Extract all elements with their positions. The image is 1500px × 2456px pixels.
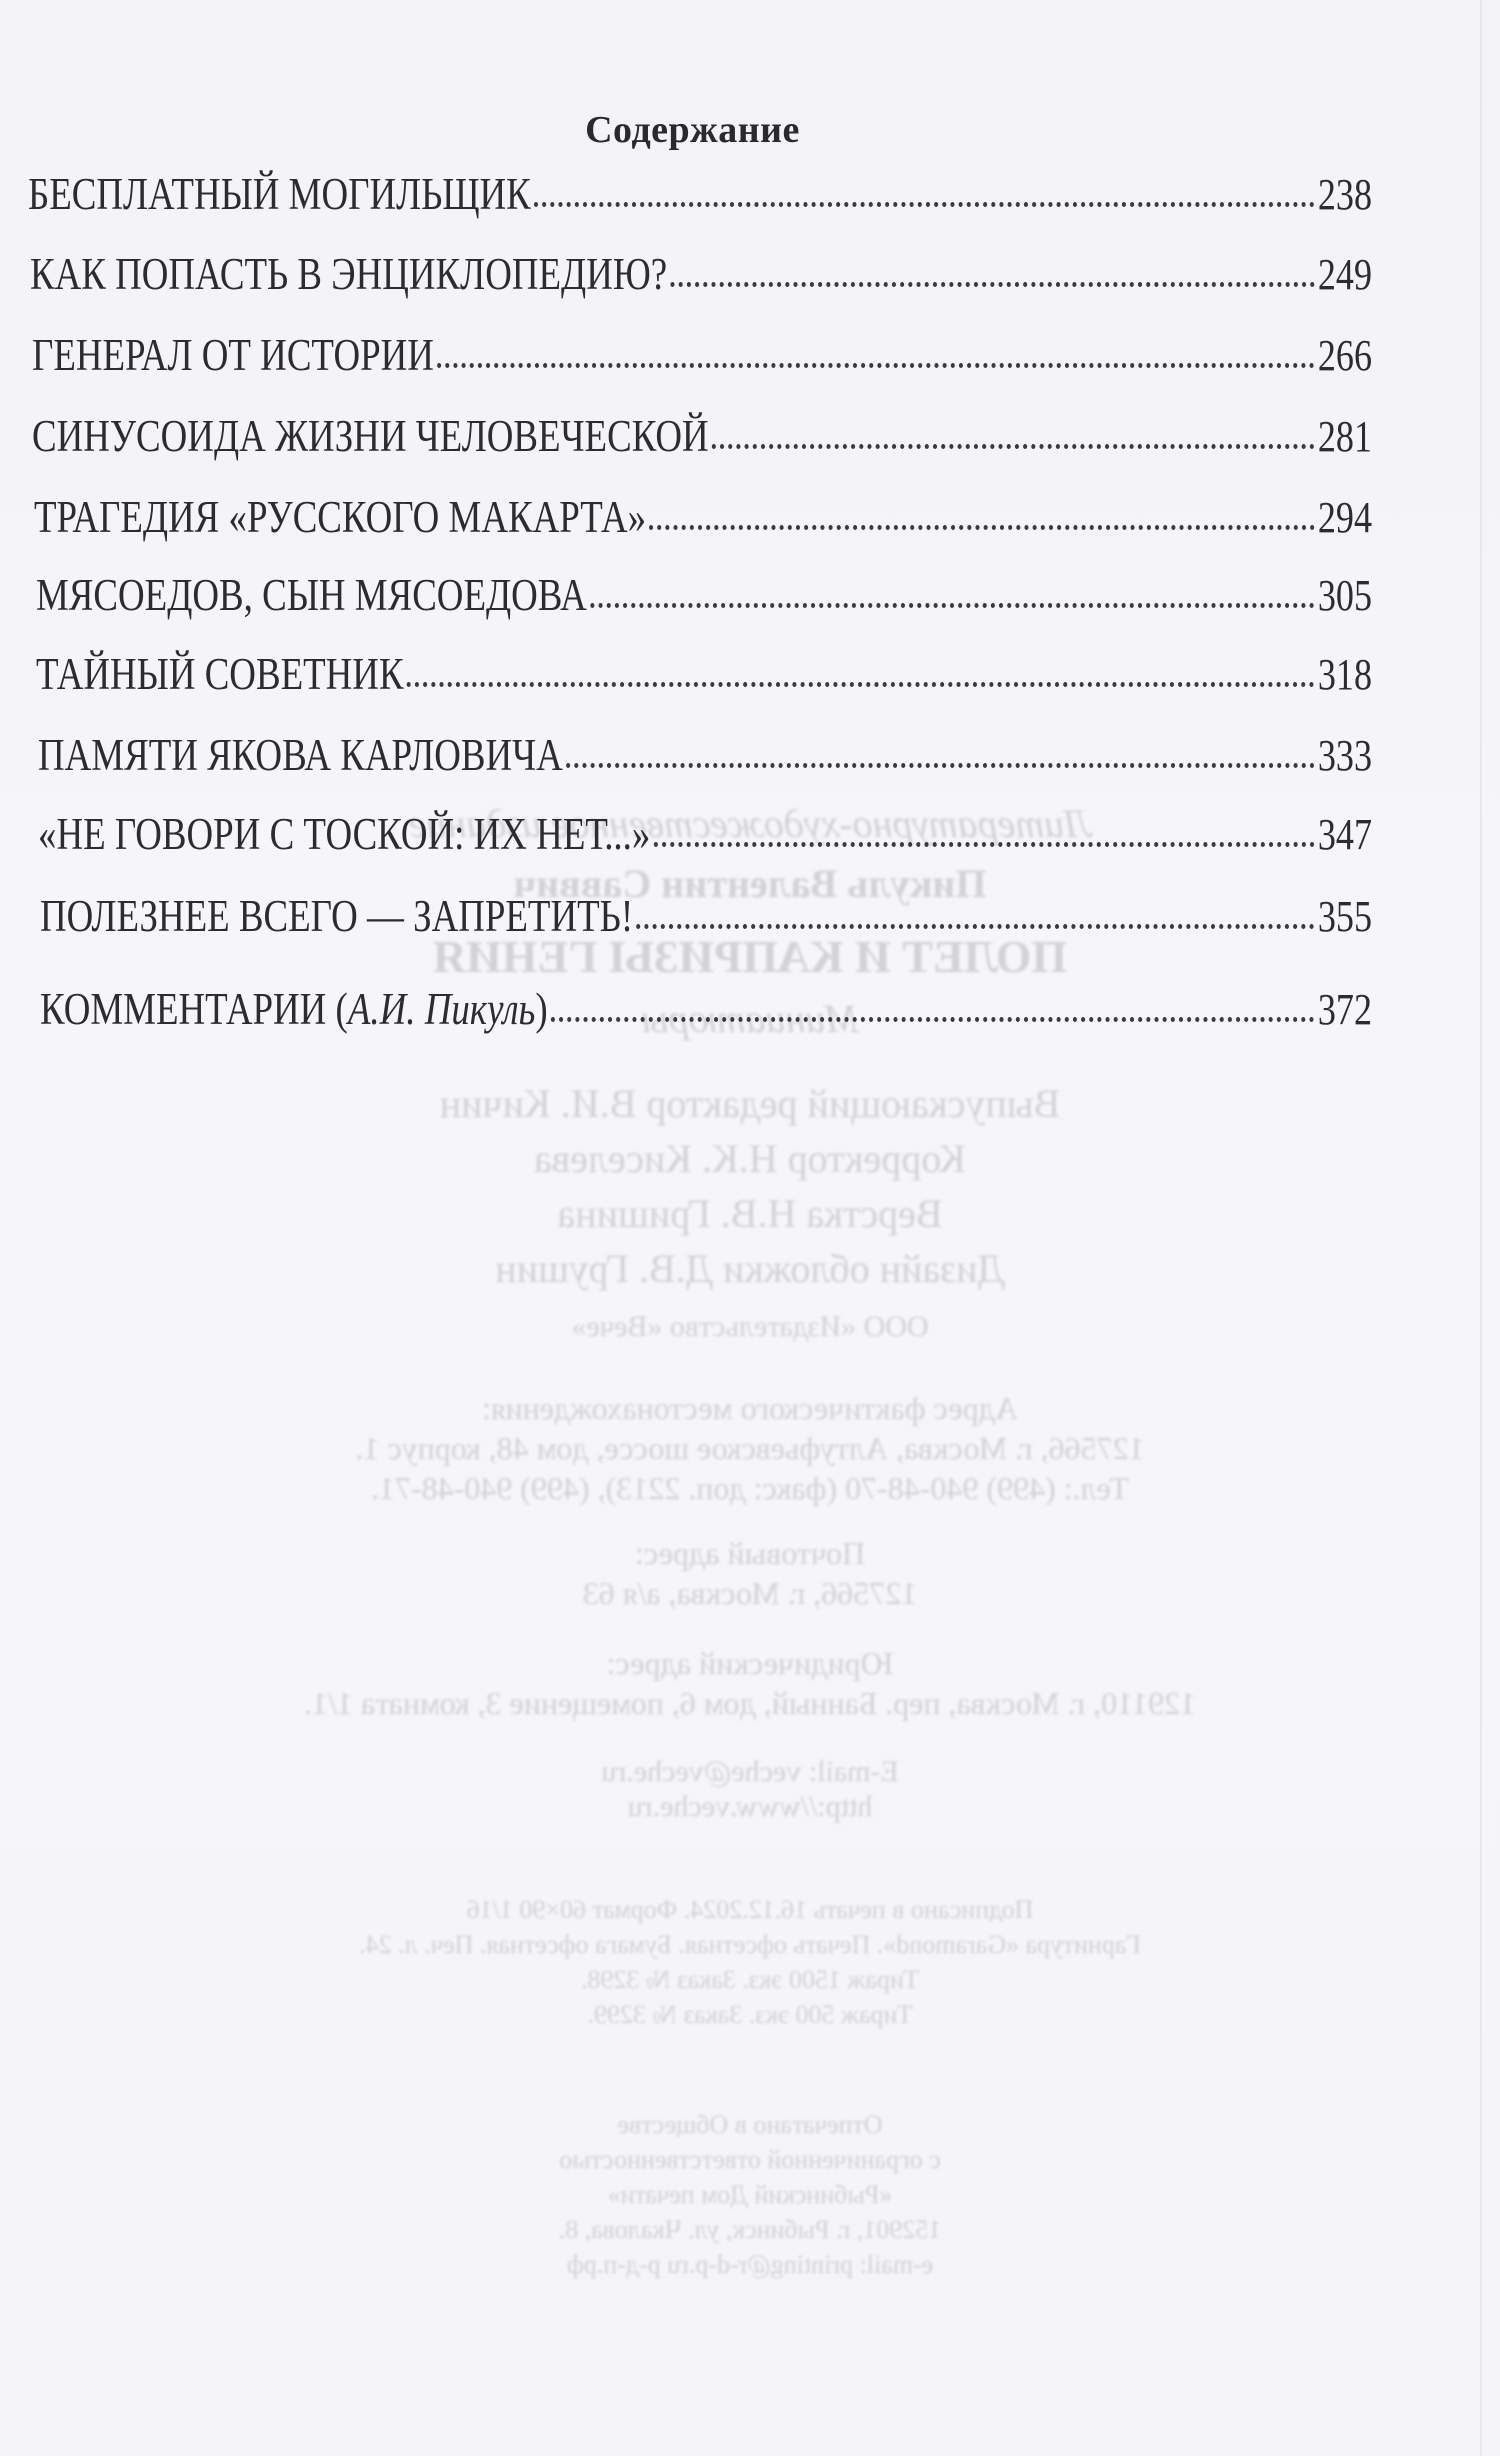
bleed-line: Тел.: (499) 940-48-70 (факс: доп. 2213),…: [0, 1470, 1500, 1507]
dot-leader: [590, 599, 1315, 608]
dot-leader: [636, 920, 1314, 929]
bleed-line: Тираж 500 экз. Заказ № 3299.: [0, 2000, 1500, 2030]
bleed-line: ООО «Издательство «Вече»: [0, 1310, 1500, 1344]
dot-leader: [712, 440, 1315, 449]
bleed-line: e-mail: printing@r-d-p.ru р-д-п.рф: [0, 2250, 1500, 2280]
bleed-line: 127566, г. Москва, а/я 63: [0, 1575, 1500, 1612]
toc-entry: МЯСОЕДОВ, СЫН МЯСОЕДОВА305: [36, 569, 1372, 629]
bleed-line: Выпускающий редактор В.И. Кичин: [0, 1080, 1500, 1127]
toc-entry-title: ТАЙНЫЙ СОВЕТНИК: [36, 648, 404, 700]
dot-leader: [437, 359, 1314, 368]
dot-leader: [670, 278, 1314, 287]
toc-page-number: 333: [1318, 730, 1372, 781]
toc-entry: ТРАГЕДИЯ «РУССКОГО МАКАРТА»294: [34, 491, 1372, 551]
toc-entry-title: ПАМЯТИ ЯКОВА КАРЛОВИЧА: [38, 729, 563, 781]
toc-entry-author: А.И. Пикуль: [348, 984, 535, 1034]
toc-page-number: 294: [1318, 492, 1372, 543]
toc-entry: «НЕ ГОВОРИ С ТОСКОЙ: ИХ НЕТ...»347: [38, 808, 1372, 868]
bleed-line: Отпечатано в Обществе: [0, 2110, 1500, 2140]
bleed-line: «Рыбинский Дом печати»: [0, 2180, 1500, 2210]
bleed-line: Корректор Н.К. Киселева: [0, 1135, 1500, 1182]
bleed-line: Юридический адрес:: [0, 1645, 1500, 1682]
toc-entry: ГЕНЕРАЛ ОТ ИСТОРИИ266: [32, 329, 1372, 389]
dot-leader: [407, 678, 1315, 687]
toc-page-number: 355: [1318, 891, 1372, 942]
bleed-line: Почтовый адрес:: [0, 1535, 1500, 1572]
toc-entry-title: КОММЕНТАРИИ (А.И. Пикуль): [40, 983, 548, 1035]
bleed-line: Подписано в печать 16.12.2024. Формат 60…: [0, 1895, 1500, 1925]
bleed-line: 152901, г. Рыбинск, ул. Чкалова, 8.: [0, 2215, 1500, 2245]
toc-entry-title: СИНУСОИДА ЖИЗНИ ЧЕЛОВЕЧЕСКОЙ: [32, 410, 709, 462]
toc-page-number: 266: [1318, 330, 1372, 381]
dot-leader: [649, 521, 1314, 530]
toc-entry-title: БЕСПЛАТНЫЙ МОГИЛЬЩИК: [28, 168, 531, 220]
dot-leader: [534, 198, 1315, 207]
toc-entry: СИНУСОИДА ЖИЗНИ ЧЕЛОВЕЧЕСКОЙ281: [32, 410, 1372, 470]
toc-page-number: 281: [1318, 411, 1372, 462]
bleed-line: Верстка Н.В. Гришина: [0, 1190, 1500, 1237]
toc-page-number: 347: [1318, 809, 1372, 860]
toc-page-number: 249: [1318, 249, 1372, 300]
toc-entry: ПОЛЕЗНЕЕ ВСЕГО — ЗАПРЕТИТЬ!355: [40, 890, 1372, 950]
bleed-line: 129110, г. Москва, пер. Банный, дом 6, п…: [0, 1685, 1500, 1722]
toc-entry: КОММЕНТАРИИ (А.И. Пикуль)372: [40, 983, 1372, 1043]
toc-entry-title: ТРАГЕДИЯ «РУССКОГО МАКАРТА»: [34, 491, 646, 543]
page-title: Содержание: [0, 108, 1385, 152]
toc-entry-title: «НЕ ГОВОРИ С ТОСКОЙ: ИХ НЕТ...»: [38, 808, 650, 860]
book-page: Литературно-художественное издание Пикул…: [0, 0, 1500, 2456]
bleed-line: E-mail: veche@veche.ru: [0, 1755, 1500, 1789]
bleed-line: Гарнитура «Garamond». Печать офсетная. Б…: [0, 1930, 1500, 1960]
toc-entry-title: ГЕНЕРАЛ ОТ ИСТОРИИ: [32, 329, 434, 381]
bleed-line: http://www.veche.ru: [0, 1790, 1500, 1824]
bleed-line: Адрес фактического местонахождения:: [0, 1390, 1500, 1427]
toc-page-number: 318: [1318, 649, 1372, 700]
toc-page-number: 305: [1318, 570, 1372, 621]
toc-entry: ПАМЯТИ ЯКОВА КАРЛОВИЧА333: [38, 729, 1372, 789]
toc-entry: ТАЙНЫЙ СОВЕТНИК318: [36, 648, 1372, 708]
dot-leader: [551, 1013, 1315, 1022]
dot-leader: [654, 838, 1315, 847]
toc-page-number: 372: [1318, 984, 1372, 1035]
toc-entry: КАК ПОПАСТЬ В ЭНЦИКЛОПЕДИЮ?249: [30, 248, 1372, 308]
dot-leader: [566, 759, 1314, 768]
toc-entry-title: ПОЛЕЗНЕЕ ВСЕГО — ЗАПРЕТИТЬ!: [40, 890, 633, 942]
toc-page-number: 238: [1318, 169, 1372, 220]
bleed-line: 127566, г. Москва, Алтуфьевское шоссе, д…: [0, 1430, 1500, 1467]
toc-entry-title: МЯСОЕДОВ, СЫН МЯСОЕДОВА: [36, 569, 587, 621]
bleed-line: Тираж 1500 экз. Заказ № 3298.: [0, 1965, 1500, 1995]
toc-entry: БЕСПЛАТНЫЙ МОГИЛЬЩИК238: [28, 168, 1372, 228]
bleed-line: Дизайн обложки Д.В. Грушин: [0, 1245, 1500, 1292]
bleed-line: с ограниченной ответственностью: [0, 2145, 1500, 2175]
toc-entry-title: КАК ПОПАСТЬ В ЭНЦИКЛОПЕДИЮ?: [30, 248, 667, 300]
